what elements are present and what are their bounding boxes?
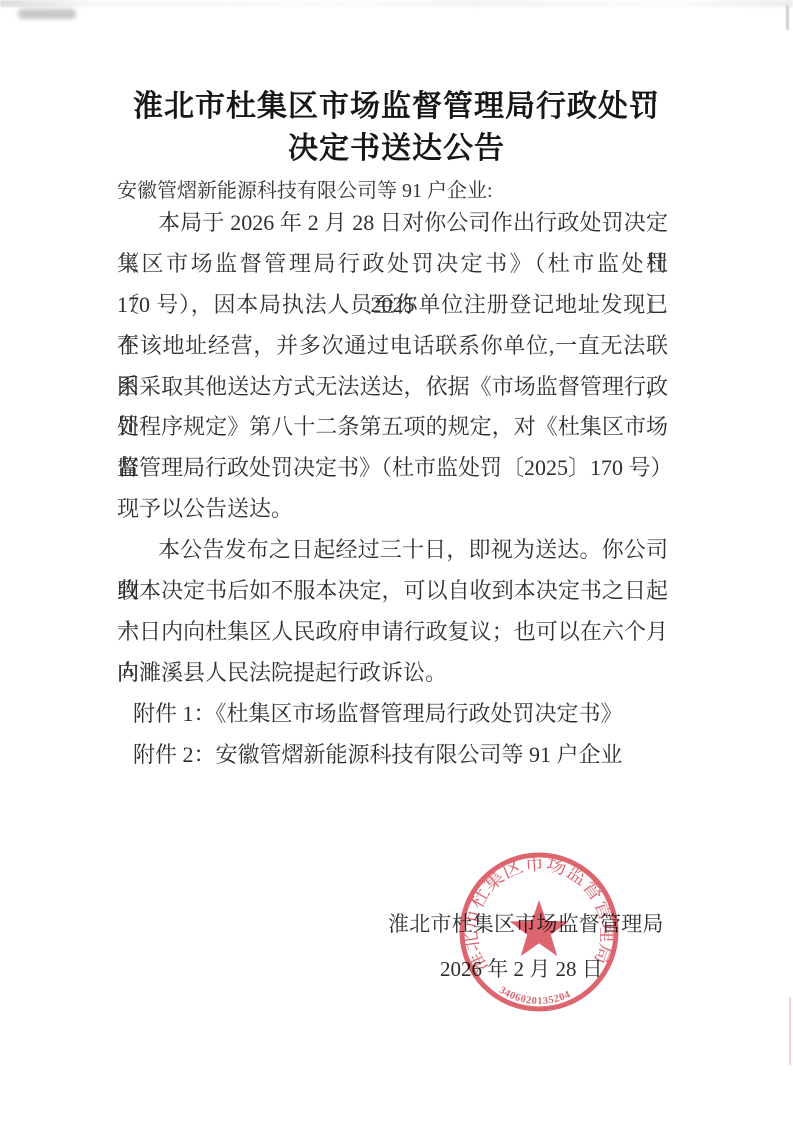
body-line: 督管理局行政处罚决定书》（杜市监处罚〔2025〕170 号）	[117, 448, 668, 489]
attachment-line-2: 附件 2：安徽管熠新能源科技有限公司等 91 户企业	[117, 735, 668, 776]
document-body: 本局于 2026 年 2 月 28 日对你公司作出行政处罚决定《杜 集区市场监督…	[117, 203, 668, 775]
body-line: 因采取其他送达方式无法送达，依据《市场监督管理行政处	[117, 367, 668, 408]
official-seal: 淮北市杜集区市场监督管理局 3406020135204	[454, 847, 624, 1017]
body-line: 本公告发布之日起经过三十日，即视为送达。你公司收	[117, 530, 668, 571]
addressee-line: 安徽管熠新能源科技有限公司等 91 户企业:	[117, 178, 717, 204]
scan-artifact-band	[0, 0, 793, 7]
attachment-line-1: 附件 1：《杜集区市场监督管理局行政处罚决定书》	[117, 694, 668, 735]
body-line: 向濉溪县人民法院提起行政诉讼。	[117, 653, 668, 694]
body-line: 现予以公告送达。	[117, 489, 668, 530]
body-line: 170 号），因本局执法人员至你单位注册登记地址发现已不	[117, 285, 668, 326]
scan-artifact-smudge	[18, 9, 76, 19]
document-title: 淮北市杜集区市场监督管理局行政处罚 决定书送达公告	[0, 86, 793, 169]
body-line: 集区市场监督管理局行政处罚决定书》（杜市监处罚〔2025〕	[117, 244, 668, 285]
seal-star-icon	[510, 900, 569, 956]
scan-artifact-pink-line	[789, 997, 791, 1065]
body-line: 到本决定书后如不服本决定，可以自收到本决定书之日起六	[117, 571, 668, 612]
document-title-line1: 淮北市杜集区市场监督管理局行政处罚	[0, 86, 793, 128]
body-line: 本局于 2026 年 2 月 28 日对你公司作出行政处罚决定《杜	[117, 203, 668, 244]
body-line: 在该地址经营，并多次通过电话联系你单位,一直无法联系，	[117, 326, 668, 367]
body-line: 十日内向杜集区人民政府申请行政复议；也可以在六个月内	[117, 612, 668, 653]
document-title-line2: 决定书送达公告	[0, 128, 793, 170]
body-line: 罚程序规定》第八十二条第五项的规定，对《杜集区市场监	[117, 407, 668, 448]
scan-artifact-tick	[786, 6, 789, 30]
announcement-document: 淮北市杜集区市场监督管理局行政处罚 决定书送达公告 安徽管熠新能源科技有限公司等…	[0, 0, 793, 1122]
